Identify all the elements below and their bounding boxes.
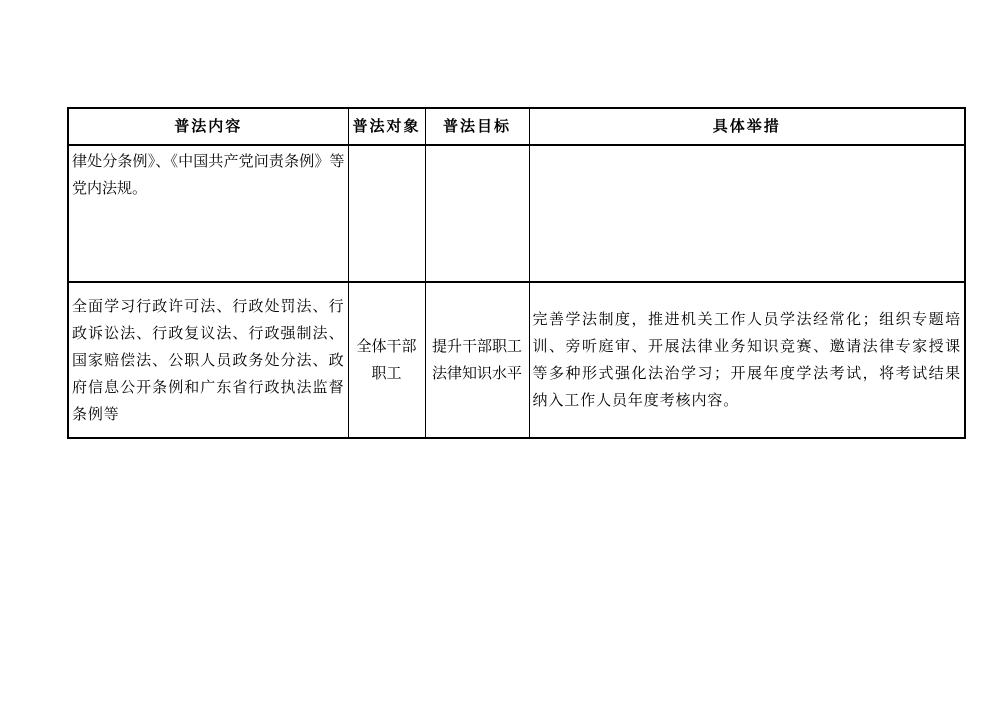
- cell-specific-measures: 完善学法制度，推进机关工作人员学法经常化；组织专题培训、旁听庭审、开展法律业务知…: [529, 282, 965, 438]
- cell-pufa-goal: [425, 145, 529, 282]
- cell-pufa-content: 全面学习行政许可法、行政处罚法、行政诉讼法、行政复议法、行政强制法、国家赔偿法、…: [68, 282, 348, 438]
- table-header-row: 普法内容 普法对象 普法目标 具体举措: [68, 108, 965, 145]
- table-row: 律处分条例》、《中国共产党问责条例》等党内法规。: [68, 145, 965, 282]
- header-pufa-target: 普法对象: [348, 108, 425, 145]
- header-specific-measures: 具体举措: [529, 108, 965, 145]
- cell-specific-measures: [529, 145, 965, 282]
- cell-pufa-target: [348, 145, 425, 282]
- header-pufa-goal: 普法目标: [425, 108, 529, 145]
- cell-pufa-goal: 提升干部职工法律知识水平: [425, 282, 529, 438]
- header-pufa-content: 普法内容: [68, 108, 348, 145]
- document-page: 普法内容 普法对象 普法目标 具体举措 律处分条例》、《中国共产党问责条例》等党…: [0, 0, 1000, 707]
- table-row: 全面学习行政许可法、行政处罚法、行政诉讼法、行政复议法、行政强制法、国家赔偿法、…: [68, 282, 965, 438]
- cell-pufa-content: 律处分条例》、《中国共产党问责条例》等党内法规。: [68, 145, 348, 282]
- pufa-plan-table: 普法内容 普法对象 普法目标 具体举措 律处分条例》、《中国共产党问责条例》等党…: [67, 107, 966, 439]
- cell-pufa-target: 全体干部职工: [348, 282, 425, 438]
